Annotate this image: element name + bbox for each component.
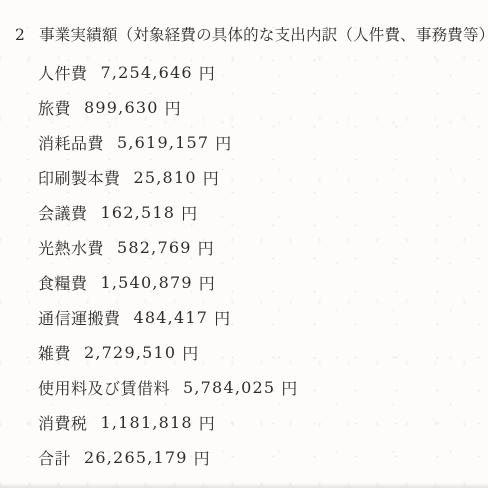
expense-list: 人件費 7,254,646 円 旅費 899,630 円 消耗品費 5,619,…	[38, 55, 480, 475]
expense-label: 合計	[38, 446, 71, 469]
expense-amount: 7,254,646	[101, 63, 193, 82]
currency-unit-label: 円	[199, 271, 215, 294]
expense-amount: 582,769	[117, 238, 192, 257]
expense-label: 消耗品費	[38, 131, 104, 154]
expense-label: 使用料及び賃借料	[38, 376, 170, 399]
section-heading: 2事業実績額（対象経費の具体的な支出内訳（人件費、事務費等）を記載）	[15, 26, 480, 45]
currency-unit-label: 円	[214, 306, 230, 329]
expense-amount: 1,181,818	[101, 413, 193, 432]
expense-row: 雑費 2,729,510 円	[38, 335, 480, 370]
currency-unit-label: 円	[165, 96, 181, 119]
expense-amount: 25,810	[134, 168, 197, 187]
expense-amount: 5,619,157	[117, 133, 209, 152]
expense-label: 旅費	[38, 96, 71, 119]
expense-amount: 2,729,510	[84, 343, 176, 362]
expense-label: 通信運搬費	[38, 306, 121, 329]
expense-amount: 5,784,025	[183, 378, 275, 397]
expense-label: 光熱水費	[38, 236, 104, 259]
expense-row: 消費税 1,181,818 円	[38, 405, 480, 440]
currency-unit-label: 円	[182, 341, 198, 364]
expense-amount: 26,265,179	[84, 448, 188, 467]
currency-unit-label: 円	[198, 236, 214, 259]
expense-row: 食糧費 1,540,879 円	[38, 265, 480, 300]
currency-unit-label: 円	[194, 446, 210, 469]
expense-label: 雑費	[38, 341, 71, 364]
expense-row: 消耗品費 5,619,157 円	[38, 125, 480, 160]
expense-row: 旅費 899,630 円	[38, 90, 480, 125]
currency-unit-label: 円	[215, 131, 231, 154]
currency-unit-label: 円	[199, 411, 215, 434]
expense-label: 会議費	[38, 201, 88, 224]
expense-row: 通信運搬費 484,417 円	[38, 300, 480, 335]
expense-label: 食糧費	[38, 271, 88, 294]
expense-row: 印刷製本費 25,810 円	[38, 160, 480, 195]
expense-row: 合計 26,265,179 円	[38, 440, 480, 475]
expense-amount: 1,540,879	[101, 273, 193, 292]
expense-label: 印刷製本費	[38, 166, 121, 189]
expense-row: 人件費 7,254,646 円	[38, 55, 480, 90]
expense-amount: 162,518	[101, 203, 176, 222]
expense-label: 消費税	[38, 411, 88, 434]
currency-unit-label: 円	[203, 166, 219, 189]
currency-unit-label: 円	[281, 376, 297, 399]
expense-amount: 899,630	[84, 98, 159, 117]
section-number: 2	[15, 26, 25, 45]
document-page: 2事業実績額（対象経費の具体的な支出内訳（人件費、事務費等）を記載） 人件費 7…	[0, 0, 488, 488]
expense-row: 使用料及び賃借料 5,784,025 円	[38, 370, 480, 405]
currency-unit-label: 円	[199, 61, 215, 84]
currency-unit-label: 円	[181, 201, 197, 224]
expense-row: 会議費 162,518 円	[38, 195, 480, 230]
expense-label: 人件費	[38, 61, 88, 84]
expense-row: 光熱水費 582,769 円	[38, 230, 480, 265]
section-title: 事業実績額（対象経費の具体的な支出内訳（人件費、事務費等）を記載）	[39, 26, 488, 44]
expense-amount: 484,417	[134, 308, 209, 327]
